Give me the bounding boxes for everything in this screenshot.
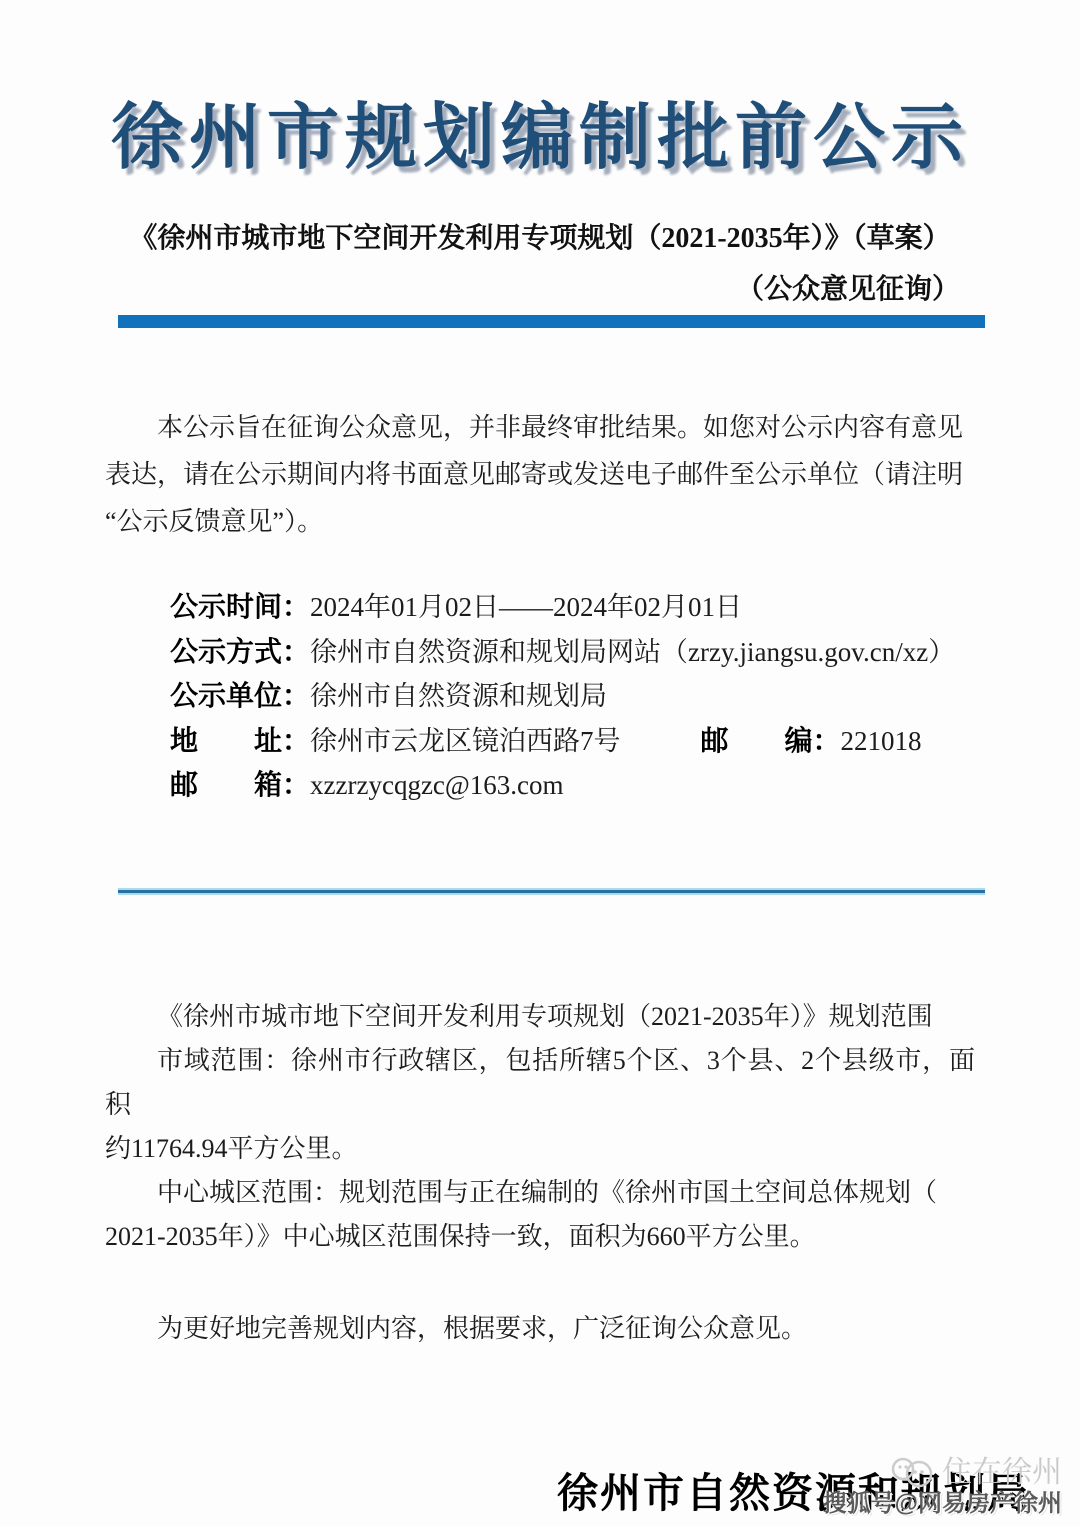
publicity-unit-value: 徐州市自然资源和规划局 — [310, 681, 607, 711]
publicity-method-value: 徐州市自然资源和规划局网站（zrzy.jiangsu.gov.cn/xz） — [310, 637, 955, 667]
publicity-info-block: 公示时间：2024年01月02日——2024年02月01日 公示方式：徐州市自然… — [170, 585, 1080, 808]
publicity-unit-label: 公示单位： — [170, 680, 310, 711]
publicity-method-label: 公示方式： — [170, 636, 310, 667]
city-region-scope-paragraph: 市域范围：徐州市行政辖区，包括所辖5个区、3个县、2个县级市，面积 约11764… — [105, 1039, 975, 1171]
header-rule-bar — [118, 315, 985, 328]
watermark-faces-icon — [888, 1454, 936, 1492]
info-row-method: 公示方式：徐州市自然资源和规划局网站（zrzy.jiangsu.gov.cn/x… — [170, 630, 1080, 675]
email-label: 邮 箱： — [170, 769, 310, 800]
intro-paragraph: 本公示旨在征询公众意见，并非最终审批结果。如您对公示内容有意见 表达，请在公示期… — [105, 404, 975, 545]
info-row-time: 公示时间：2024年01月02日——2024年02月01日 — [170, 585, 1080, 630]
info-row-unit: 公示单位：徐州市自然资源和规划局 — [170, 674, 1080, 719]
watermark-brand-name: 住在徐州 — [942, 1455, 1062, 1491]
watermark-byline: 搜狐号@网易房产徐州 — [823, 1488, 1062, 1520]
notice-document: 徐州市规划编制批前公示 《徐州市城市地下空间开发利用专项规划（2021-2035… — [0, 0, 1080, 1526]
publicity-time-value: 2024年01月02日——2024年02月01日 — [310, 592, 742, 622]
page-title: 徐州市规划编制批前公示 — [0, 88, 1080, 188]
postcode-value: 221018 — [841, 726, 922, 756]
address-label: 地 址： — [170, 725, 310, 756]
plan-scope-heading: 《徐州市城市地下空间开发利用专项规划（2021-2035年）》规划范围 — [105, 995, 975, 1039]
watermark-brand-line: 住在徐州 — [823, 1454, 1062, 1492]
info-row-email: 邮 箱：xzzrzycqgzc@163.com — [170, 763, 1080, 808]
document-subtitle: 《徐州市城市地下空间开发利用专项规划（2021-2035年）》（草案） — [0, 218, 1080, 260]
email-value: xzzrzycqgzc@163.com — [310, 770, 564, 800]
address-value: 徐州市云龙区镜泊西路7号 — [310, 726, 621, 756]
postcode-label: 邮 编： — [701, 725, 841, 756]
watermark: 住在徐州 搜狐号@网易房产徐州 — [823, 1454, 1062, 1520]
publicity-time-label: 公示时间： — [170, 591, 310, 622]
central-district-scope-paragraph: 中心城区范围：规划范围与正在编制的《徐州市国土空间总体规划（ 2021-2035… — [105, 1171, 975, 1259]
plan-scope-section: 《徐州市城市地下空间开发利用专项规划（2021-2035年）》规划范围 市域范围… — [105, 995, 975, 1351]
closing-paragraph: 为更好地完善规划内容，根据要求，广泛征询公众意见。 — [105, 1307, 975, 1351]
section-divider-rule — [118, 888, 985, 895]
info-row-address: 地 址：徐州市云龙区镜泊西路7号邮 编：221018 — [170, 719, 1080, 764]
subtitle-note: （公众意见征询） — [0, 270, 1080, 310]
